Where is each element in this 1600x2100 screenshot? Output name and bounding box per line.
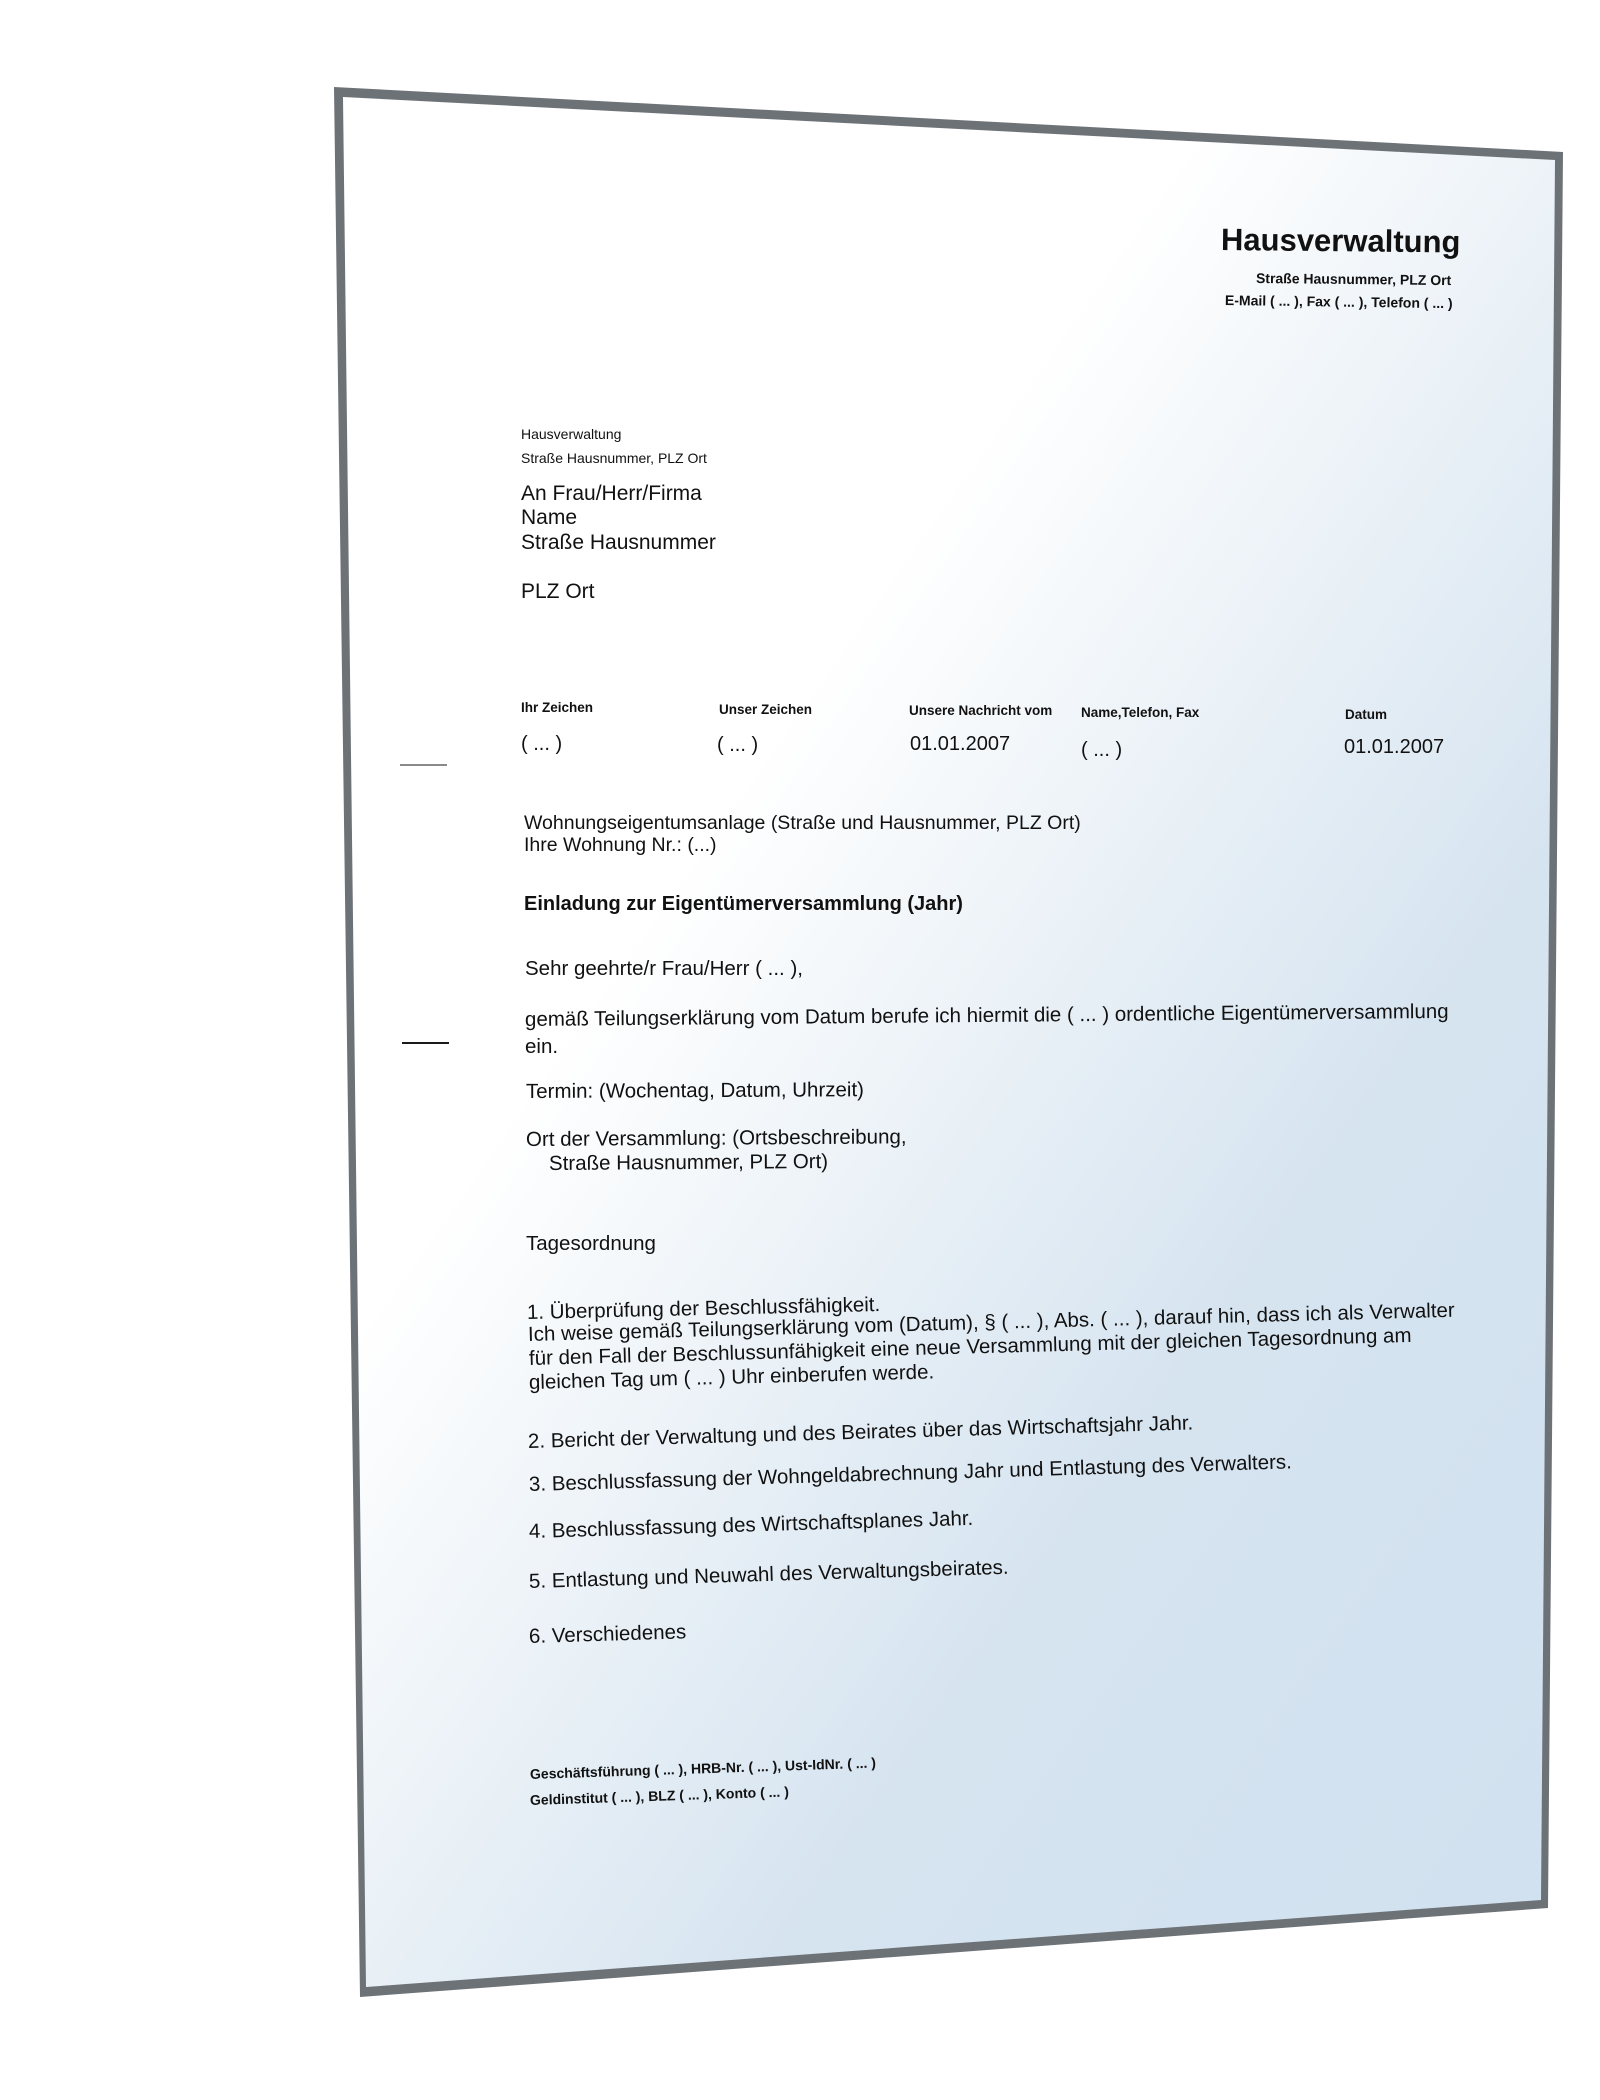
document-page bbox=[0, 0, 1600, 2100]
fold-mark-top bbox=[400, 764, 447, 766]
ort-line-2: Straße Hausnummer, PLZ Ort) bbox=[549, 1150, 828, 1176]
sender-company: Hausverwaltung bbox=[521, 426, 621, 442]
recipient-line-2: Name bbox=[521, 506, 577, 530]
recipient-line-3: Straße Hausnummer bbox=[521, 531, 716, 555]
letterhead-contact: E-Mail ( ... ), Fax ( ... ), Telefon ( .… bbox=[1225, 292, 1453, 311]
ref-header-ihr-zeichen: Ihr Zeichen bbox=[521, 700, 593, 715]
ref-header-unser-zeichen: Unser Zeichen bbox=[719, 702, 812, 717]
property-line-1: Wohnungseigentumsanlage (Straße und Haus… bbox=[524, 812, 1081, 835]
recipient-line-4: PLZ Ort bbox=[521, 580, 595, 604]
ort-line-1: Ort der Versammlung: (Ortsbeschreibung, bbox=[526, 1125, 907, 1152]
ref-value-nachricht-vom: 01.01.2007 bbox=[910, 733, 1010, 756]
sender-address: Straße Hausnummer, PLZ Ort bbox=[521, 450, 707, 466]
ref-header-nachricht-vom: Unsere Nachricht vom bbox=[909, 703, 1052, 718]
ref-value-datum: 01.01.2007 bbox=[1344, 736, 1444, 759]
agenda-title: Tagesordnung bbox=[526, 1232, 656, 1256]
ref-value-unser-zeichen: ( ... ) bbox=[717, 734, 758, 757]
ref-value-ihr-zeichen: ( ... ) bbox=[521, 733, 562, 756]
recipient-line-1: An Frau/Herr/Firma bbox=[521, 482, 702, 506]
salutation: Sehr geehrte/r Frau/Herr ( ... ), bbox=[525, 957, 803, 981]
intro-line-2: ein. bbox=[525, 1035, 558, 1059]
fold-mark-middle bbox=[402, 1042, 449, 1044]
letterhead-company: Hausverwaltung bbox=[1221, 222, 1461, 261]
ref-header-datum: Datum bbox=[1345, 707, 1387, 722]
subject-line: Einladung zur Eigentümerversammlung (Jah… bbox=[524, 893, 963, 916]
ref-value-name-telefon: ( ... ) bbox=[1081, 739, 1122, 762]
termin: Termin: (Wochentag, Datum, Uhrzeit) bbox=[526, 1078, 864, 1104]
agenda-item-6: 6. Verschiedenes bbox=[529, 1620, 687, 1649]
letterhead-address: Straße Hausnummer, PLZ Ort bbox=[1256, 270, 1451, 288]
property-line-2: Ihre Wohnung Nr.: (...) bbox=[524, 834, 717, 857]
ref-header-name-telefon: Name,Telefon, Fax bbox=[1081, 705, 1199, 720]
